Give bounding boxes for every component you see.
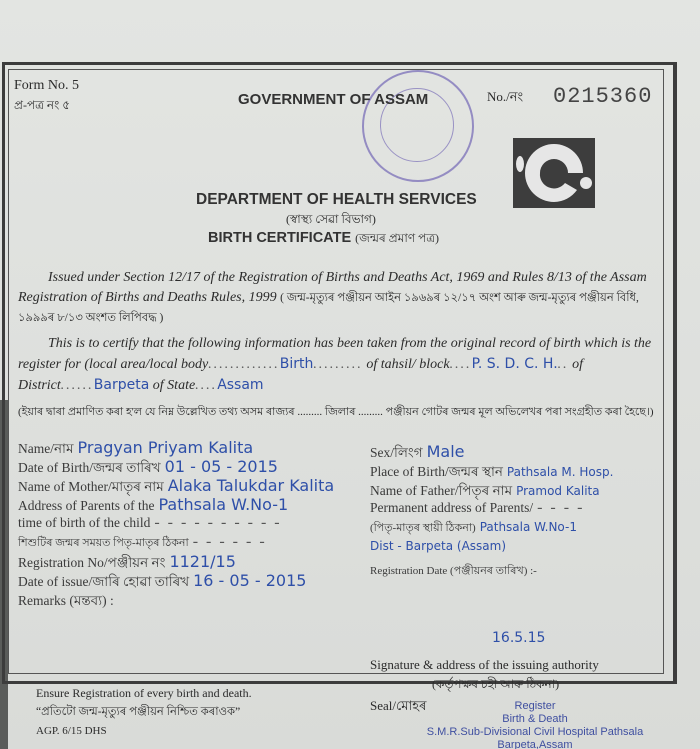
signature-date: 16.5.15 (492, 630, 545, 646)
form-number-bn: প্র-পত্র নং ৫ (14, 97, 70, 117)
permanent-address-value-2: Dist - Barpeta (Assam) (370, 539, 506, 553)
department-heading: DEPARTMENT OF HEALTH SERVICES (196, 191, 477, 209)
block-value: P. S. D. C. H. (472, 356, 558, 372)
field-address-bn: শিশুটিৰ জন্মৰ সময়ত পিতৃ-মাতৃৰ ঠিকনা - -… (18, 533, 363, 552)
mother-name-value: Alaka Talukdar Kalita (168, 476, 334, 495)
issue-date-value: 16 - 05 - 2015 (193, 571, 306, 590)
ensure-registration-note: Ensure Registration of every birth and d… (36, 686, 252, 701)
seal-stamp: Register Birth & Death S.M.R.Sub-Divisio… (410, 700, 660, 749)
place-of-birth-value: Pathsala M. Hosp. (507, 465, 614, 479)
signature-label-bn: (কৰ্তৃপক্ষৰ চহী আৰু ঠিকনা) (432, 676, 559, 696)
dob-value: 01 - 05 - 2015 (165, 457, 278, 476)
field-place-of-birth: Place of Birth/জন্মৰ স্থান Pathsala M. H… (370, 461, 660, 480)
certify-paragraph: This is to certify that the following in… (18, 334, 658, 396)
sex-value: Male (427, 442, 465, 461)
child-name-value: Pragyan Priyam Kalita (77, 438, 253, 457)
registration-number-value: 1121/15 (169, 552, 235, 571)
certificate-title-bn: (জন্মৰ প্ৰমাণ পত্ৰ) (355, 231, 439, 245)
field-issue-date: Date of issue/জাৰি হোৱা তাৰিখ 16 - 05 - … (18, 571, 363, 590)
certify-text-bn: (ইয়াৰ দ্বাৰা প্ৰমাণিত কৰা হ'ল যে নিম্ন … (18, 404, 658, 420)
permanent-address-value: Pathsala W.No-1 (480, 520, 577, 534)
issued-under-paragraph: Issued under Section 12/17 of the Regist… (18, 268, 658, 328)
father-name-value: Pramod Kalita (516, 484, 600, 498)
field-permanent-address-cont: Dist - Barpeta (Assam) (370, 537, 660, 561)
left-fields: Name/নাম Pragyan Priyam Kalita Date of B… (18, 438, 363, 609)
state-value: Assam (217, 377, 263, 393)
certificate-title-en: BIRTH CERTIFICATE (208, 230, 351, 246)
of-state-label: of State (153, 378, 195, 393)
ensure-registration-note-bn: “প্ৰতিটো জন্ম-মৃত্যুৰ পঞ্জীয়ন নিশ্চিত ক… (36, 703, 240, 722)
local-body-value: Birth (280, 356, 314, 372)
field-name: Name/নাম Pragyan Priyam Kalita (18, 438, 363, 457)
field-registration-date: Registration Date (পঞ্জীয়নৰ তাৰিখ) :- (370, 561, 660, 580)
department-heading-bn: (স্বাস্থ্য সেৱা বিভাগ) (286, 211, 376, 231)
of-tahsil-label: of tahsil/ block (366, 357, 449, 372)
signature-label: Signature & address of the issuing autho… (370, 657, 599, 673)
government-heading: GOVERNMENT OF ASSAM (238, 91, 428, 108)
field-address-cont: time of birth of the child - - - - - - -… (18, 514, 363, 533)
field-reg-no: Registration No/পঞ্জীয়ন নং 1121/15 (18, 552, 363, 571)
form-number: Form No. 5 (14, 78, 79, 94)
field-sex: Sex/লিংগ Male (370, 442, 660, 461)
field-permanent-address: Permanent address of Parents/ - - - - (370, 499, 660, 518)
form-code: AGP. 6/15 DHS (36, 725, 107, 737)
field-father: Name of Father/পিতৃৰ নাম Pramod Kalita (370, 480, 660, 499)
right-fields: Sex/লিংগ Male Place of Birth/জন্মৰ স্থান… (370, 442, 660, 580)
field-address: Address of Parents of the Pathsala W.No-… (18, 495, 363, 514)
address-value: Pathsala W.No-1 (158, 495, 288, 514)
field-dob: Date of Birth/জন্মৰ তাৰিখ 01 - 05 - 2015 (18, 457, 363, 476)
certificate-number: 0215360 (553, 84, 652, 109)
certificate-title: BIRTH CERTIFICATE (জন্মৰ প্ৰমাণ পত্ৰ) (208, 230, 439, 250)
district-value: Barpeta (94, 377, 150, 393)
certificate-number-label: No./নং (487, 88, 523, 109)
field-remarks: Remarks (মন্তব্য) : (18, 590, 363, 609)
field-mother: Name of Mother/মাতৃৰ নাম Alaka Talukdar … (18, 476, 363, 495)
field-permanent-address-bn: (পিতৃ-মাতৃৰ স্থায়ী ঠিকনা) Pathsala W.No… (370, 518, 660, 537)
health-logo-icon (513, 138, 595, 208)
